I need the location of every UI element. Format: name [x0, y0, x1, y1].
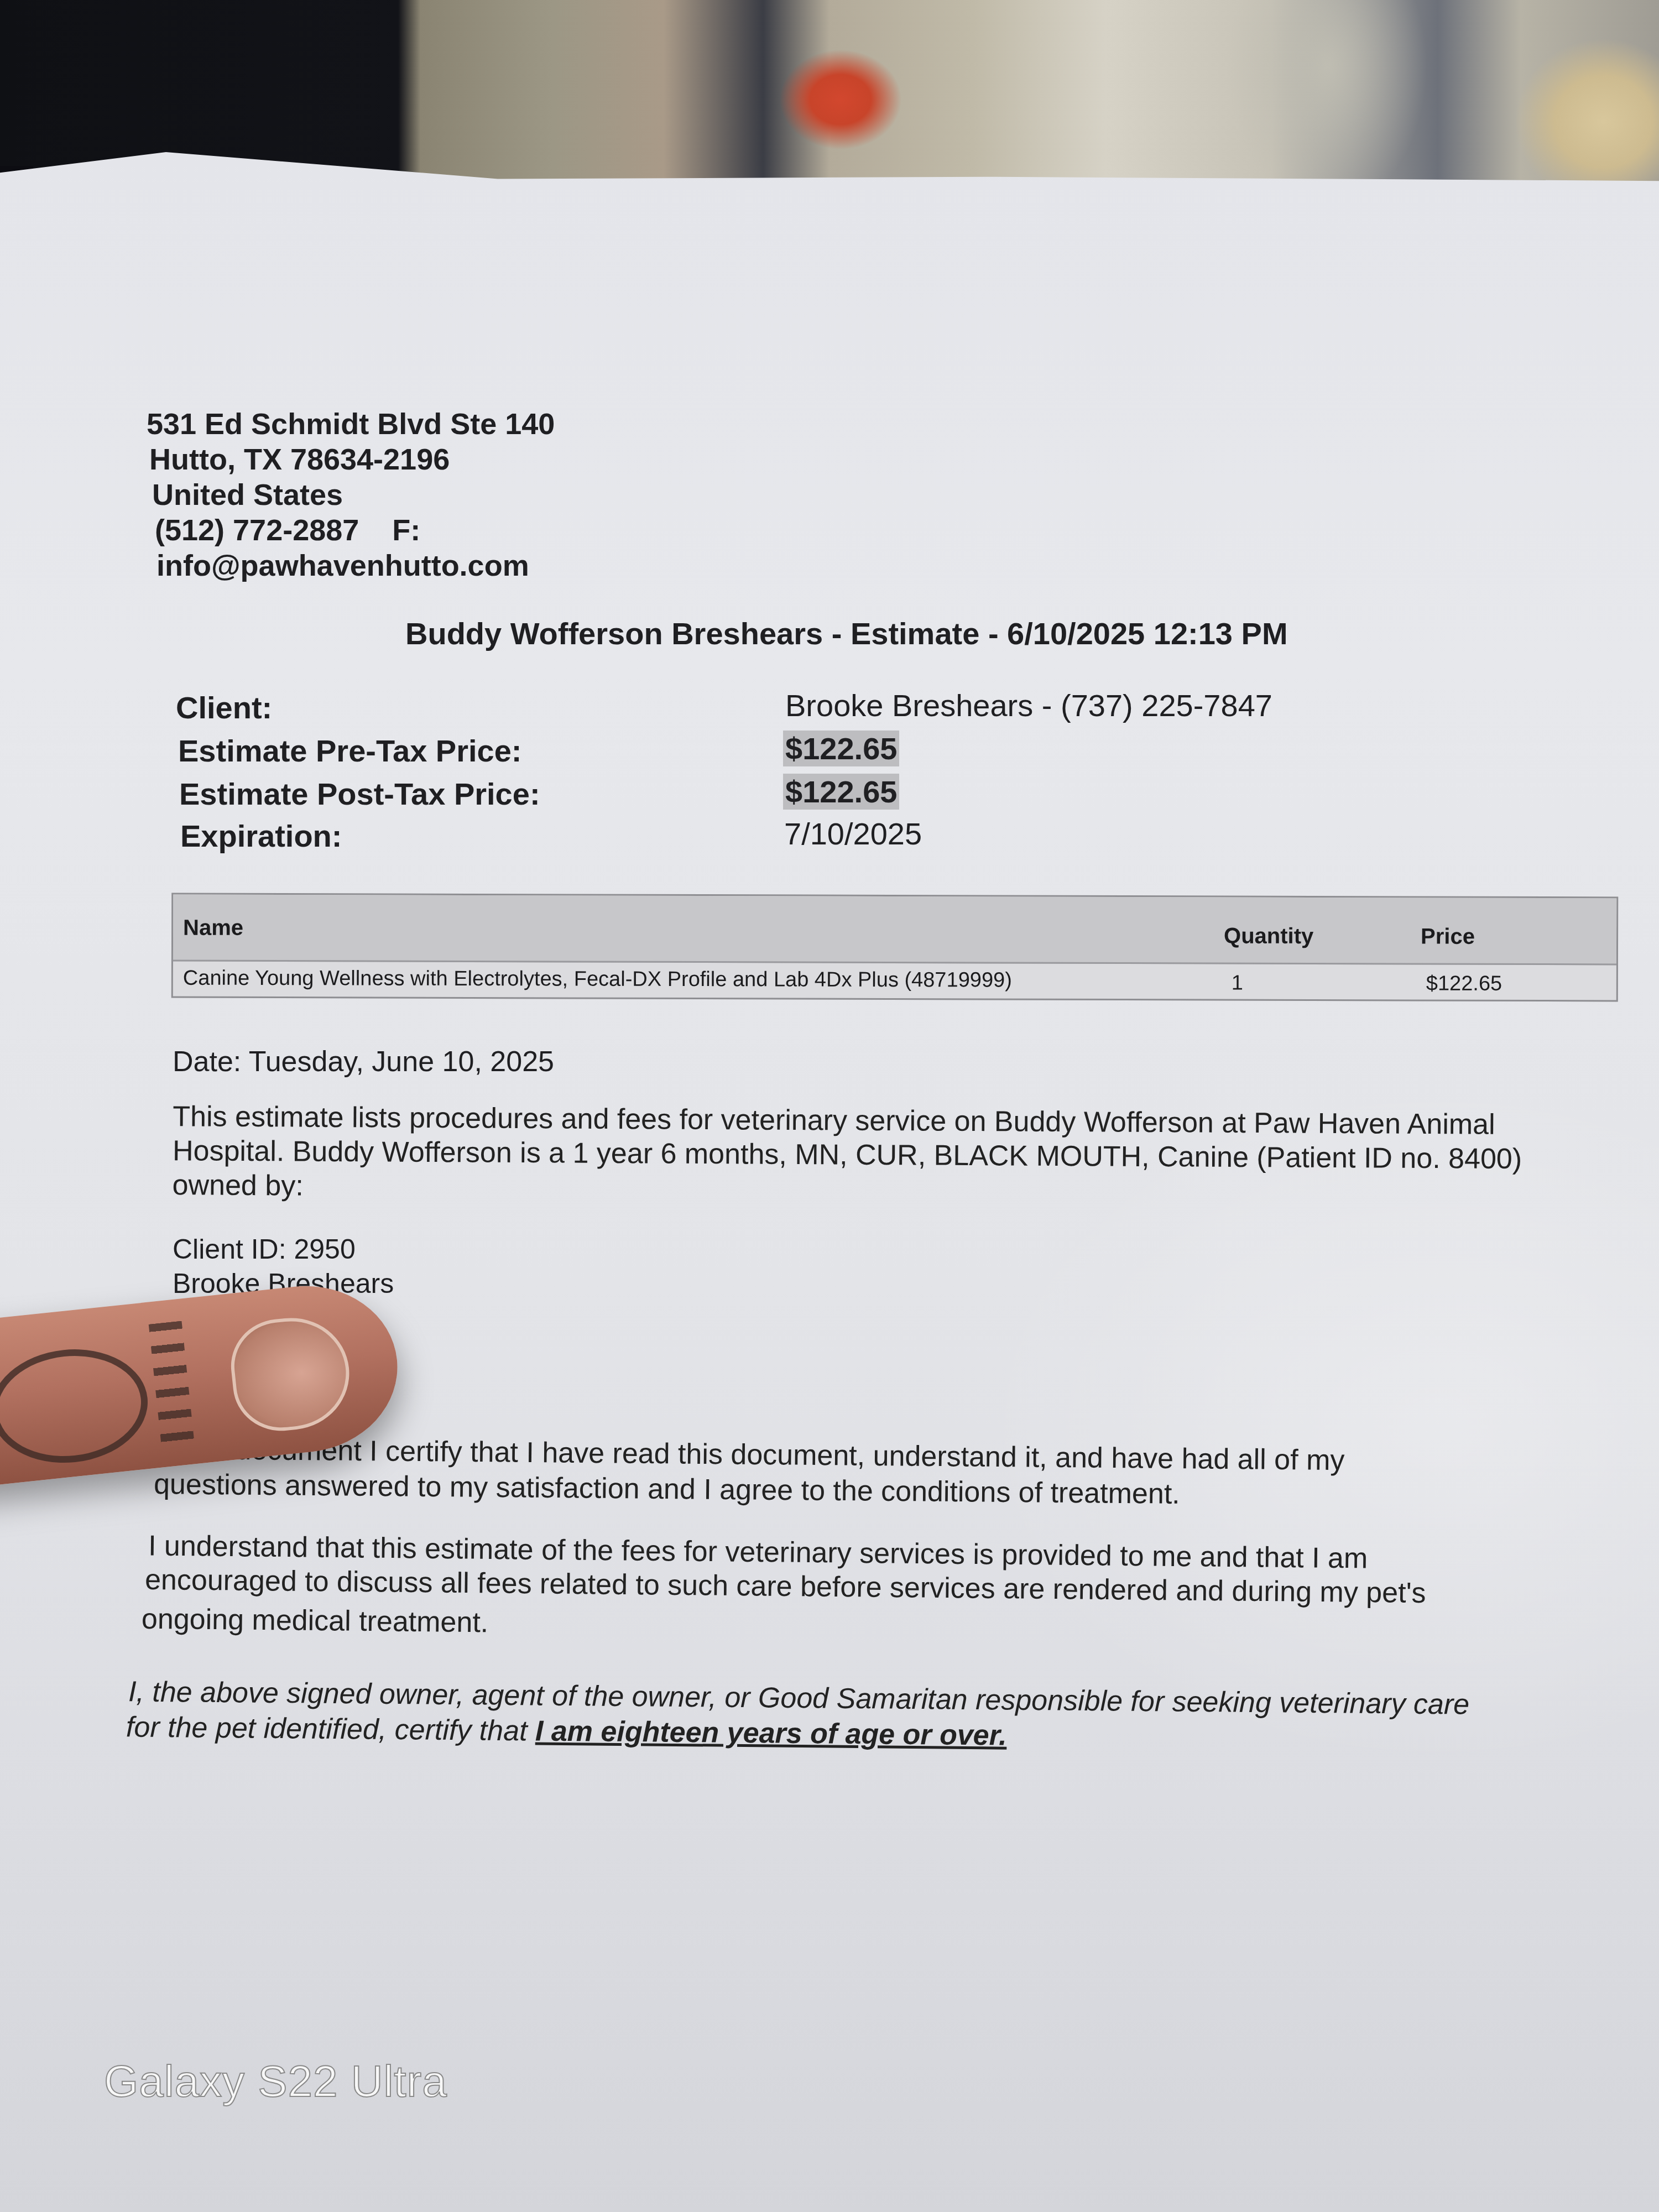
- summary-value-pretax: $122.65: [783, 731, 899, 766]
- tattoo-mark: [0, 1342, 153, 1470]
- clinic-phone-fax: (512) 772-2887 F:: [155, 513, 420, 548]
- row-item-name: Canine Young Wellness with Electrolytes,…: [183, 967, 1012, 993]
- camera-watermark: Galaxy S22 Ultra: [104, 2056, 447, 2107]
- summary-label-expiration: Expiration:: [180, 818, 342, 854]
- summary-value-expiration: 7/10/2025: [784, 816, 922, 852]
- date-line: Date: Tuesday, June 10, 2025: [173, 1045, 554, 1078]
- age-line2-prefix: for the pet identified, certify that: [126, 1711, 535, 1747]
- row-item-price: $122.65: [1426, 972, 1502, 996]
- column-header-quantity: Quantity: [1224, 924, 1313, 949]
- table-header-row: Name Quantity Price: [173, 895, 1616, 966]
- tattoo-mark-dots: [149, 1321, 195, 1446]
- column-header-name: Name: [183, 916, 243, 941]
- clinic-country: United States: [152, 477, 343, 513]
- understand-line3: ongoing medical treatment.: [142, 1602, 489, 1640]
- summary-value-client: Brooke Breshears - (737) 225-7847: [785, 687, 1272, 723]
- intro-paragraph: This estimate lists procedures and fees …: [172, 1099, 1588, 1211]
- clinic-email: info@pawhavenhutto.com: [156, 548, 529, 583]
- document-title: Buddy Wofferson Breshears - Estimate - 6…: [405, 615, 1288, 651]
- age-emphasis: I am eighteen years of age or over.: [535, 1715, 1007, 1751]
- summary-label-client: Client:: [176, 690, 272, 726]
- summary-label-posttax: Estimate Post-Tax Price:: [179, 776, 540, 812]
- row-item-quantity: 1: [1232, 972, 1243, 995]
- owner-client-id: Client ID: 2950: [173, 1233, 356, 1265]
- line-items-table: Name Quantity Price Canine Young Wellnes…: [171, 893, 1618, 1002]
- clinic-address-line2: Hutto, TX 78634-2196: [149, 442, 450, 477]
- column-header-price: Price: [1421, 924, 1475, 949]
- summary-value-posttax: $122.65: [783, 774, 899, 810]
- clinic-address-line1: 531 Ed Schmidt Blvd Ste 140: [147, 406, 555, 442]
- summary-label-pretax: Estimate Pre-Tax Price:: [178, 733, 521, 769]
- thumbnail: [227, 1312, 355, 1436]
